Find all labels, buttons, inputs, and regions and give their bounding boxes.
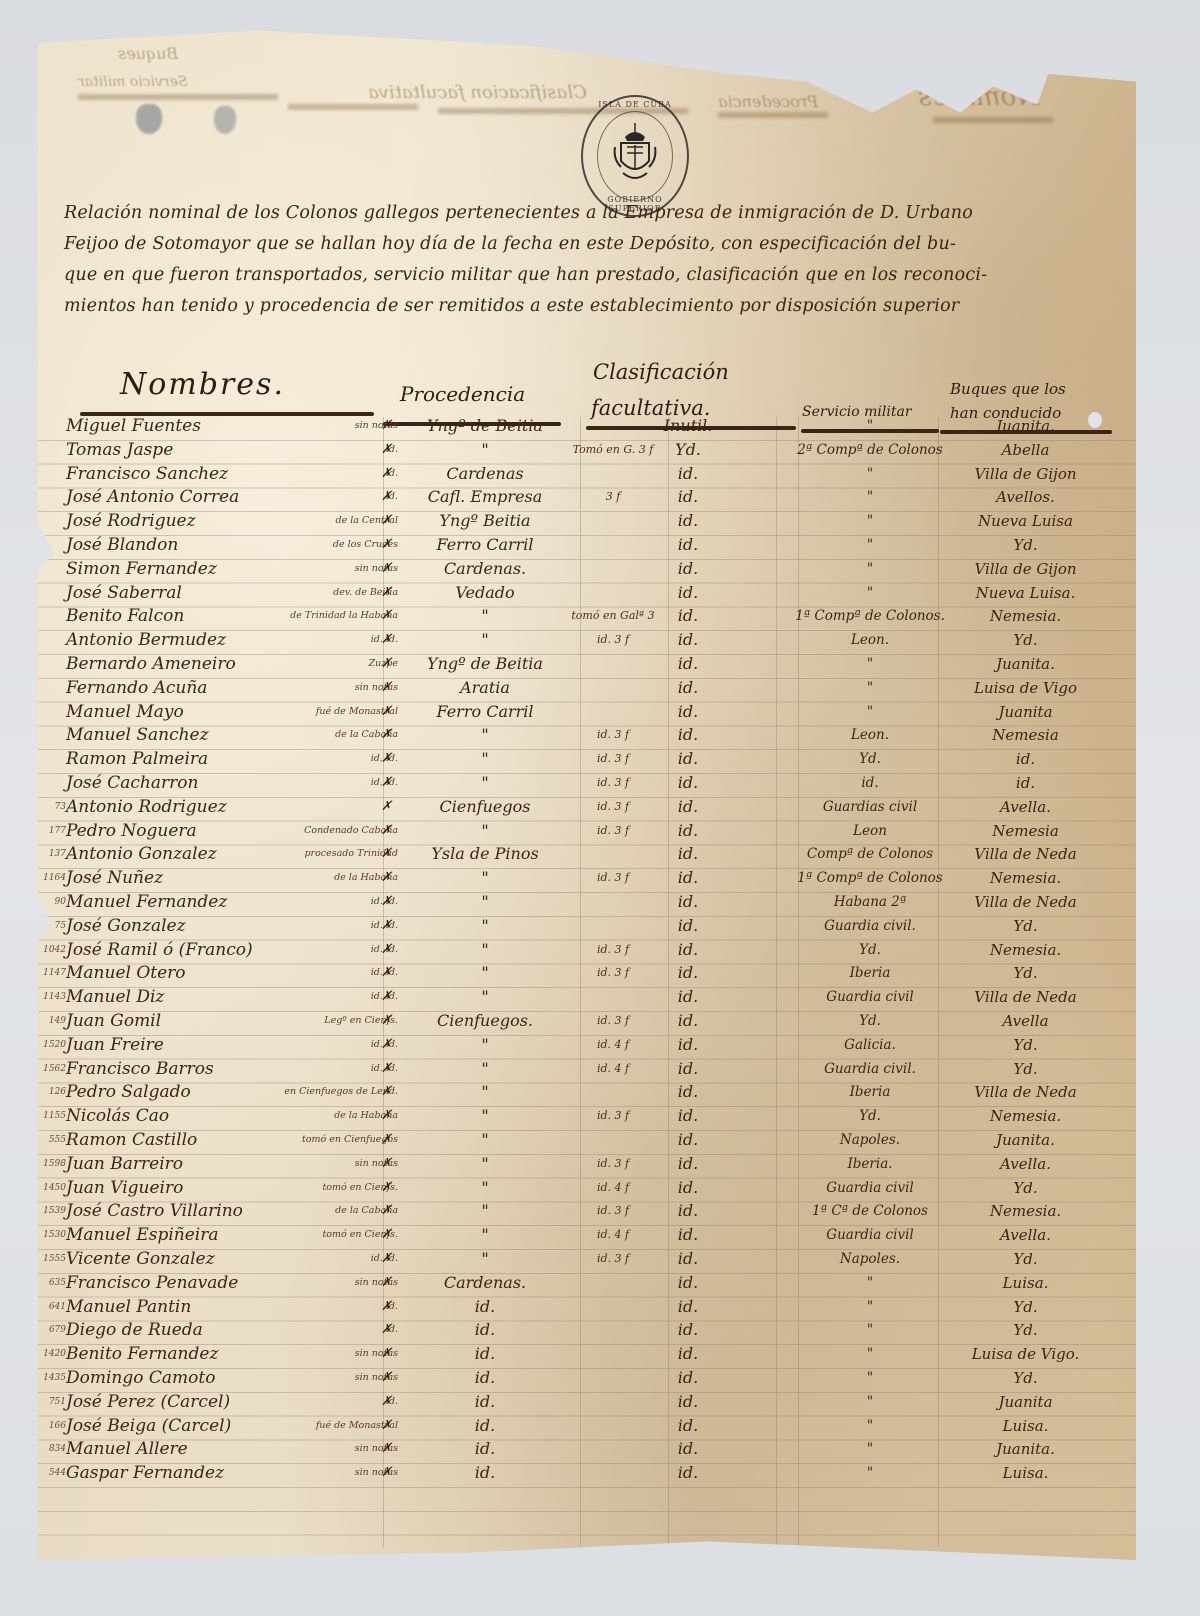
servicio-militar-cell: " <box>790 1461 950 1485</box>
remark-note: id. id. <box>248 628 398 652</box>
clasificacion-cell: id. <box>648 1152 728 1176</box>
remark-note: sin notas <box>248 1366 398 1390</box>
cross-mark-icon: ✗ <box>381 581 392 605</box>
colono-name: Manuel Espiñeira <box>66 1223 219 1247</box>
bleed-through-text: Clasificacion facultativa <box>368 82 587 103</box>
clasificacion-cell: id. <box>648 509 728 533</box>
table-row: 149Juan GomilLegº en Cienfs.Cienfuegos.i… <box>38 1009 1136 1033</box>
remark-note: procesado Trinidad <box>248 842 398 866</box>
clasificacion-cell: id. <box>648 1104 728 1128</box>
table-row: 1562Francisco Barrosid. id."id. 4 fid.Gu… <box>38 1057 1136 1081</box>
cross-mark-icon: ✗ <box>381 1342 392 1366</box>
servicio-militar-cell: Yd. <box>790 747 950 771</box>
servicio-militar-cell: Galicia. <box>790 1033 950 1057</box>
procedencia-cell: Aratia <box>390 676 580 700</box>
table-row: Antonio Bermudezid. id."id. 3 fid.Leon.Y… <box>38 628 1136 652</box>
clasificacion-cell: id. <box>648 1176 728 1200</box>
colono-name: Diego de Rueda <box>66 1318 203 1342</box>
procedencia-cell: " <box>390 914 580 938</box>
servicio-militar-cell: " <box>790 533 950 557</box>
margin-number: 126 <box>38 1080 66 1104</box>
colono-name: Antonio Bermudez <box>66 628 226 652</box>
margin-number: 1555 <box>38 1247 66 1271</box>
clasificacion-cell: id. <box>648 1461 728 1485</box>
margin-number: 1042 <box>38 938 66 962</box>
cross-mark-icon: ✗ <box>381 485 392 509</box>
table-row: 1450Juan Vigueirotomó en Cienfs."id. 4 f… <box>38 1176 1136 1200</box>
table-row: 1155Nicolás Caode la Habana"id. 3 fid.Yd… <box>38 1104 1136 1128</box>
table-row: 1147Manuel Oteroid. id."id. 3 fid.Iberia… <box>38 961 1136 985</box>
buque-cell: Yd. <box>938 1057 1113 1081</box>
servicio-militar-cell: " <box>790 462 950 486</box>
buque-cell: Villa de Neda <box>938 890 1113 914</box>
clasificacion-cell: id. <box>648 1128 728 1152</box>
cross-mark-icon: ✗ <box>381 961 392 985</box>
colono-name: José Ramil ó (Franco) <box>66 938 253 962</box>
buque-cell: Villa de Neda <box>938 1080 1113 1104</box>
buque-cell: Villa de Neda <box>938 842 1113 866</box>
procedencia-cell: Cardenas <box>390 462 580 486</box>
clasificacion-cell: id. <box>648 1414 728 1438</box>
table-row: 1555Vicente Gonzalezid. id."id. 3 fid.Na… <box>38 1247 1136 1271</box>
servicio-militar-cell: 1ª Cª de Colonos <box>790 1199 950 1223</box>
cross-mark-icon: ✗ <box>381 938 392 962</box>
procedencia-cell: id. <box>390 1342 580 1366</box>
servicio-militar-cell: 2ª Compª de Colonos <box>790 438 950 462</box>
margin-number: 1143 <box>38 985 66 1009</box>
colono-name: Vicente Gonzalez <box>66 1247 215 1271</box>
remark-note: en Cienfuegos de Lend. <box>248 1080 398 1104</box>
cross-mark-icon: ✗ <box>381 1390 392 1414</box>
buque-cell: Avellos. <box>938 485 1113 509</box>
servicio-militar-cell: Yd. <box>790 1104 950 1128</box>
cross-mark-icon: ✗ <box>381 747 392 771</box>
cross-mark-icon: ✗ <box>381 1104 392 1128</box>
remark-note: de la Cabaña <box>248 1199 398 1223</box>
buque-cell: Juanita. <box>938 1128 1113 1152</box>
procedencia-cell: Ferro Carril <box>390 533 580 557</box>
procedencia-cell: Cardenas. <box>390 1271 580 1295</box>
bleed-through-text: Nombres <box>918 82 1039 112</box>
cross-mark-icon: ✗ <box>381 1152 392 1176</box>
procedencia-cell: id. <box>390 1366 580 1390</box>
servicio-militar-cell: Iberia <box>790 961 950 985</box>
margin-number: 166 <box>38 1414 66 1438</box>
header-nombres: Nombres. <box>120 367 285 402</box>
cross-mark-icon: ✗ <box>381 604 392 628</box>
table-row: 1143Manuel Dizid. id."id.Guardia civilVi… <box>38 985 1136 1009</box>
table-row: 166José Beiga (Carcel)fué de Monastralid… <box>38 1414 1136 1438</box>
margin-number: 1598 <box>38 1152 66 1176</box>
table-row: José Antonio Correaid.Cafl. Empresa3 fid… <box>38 485 1136 509</box>
margin-number: 1539 <box>38 1199 66 1223</box>
stamp-top-text: ISLA DE CUBA <box>583 100 687 109</box>
remark-note: id. <box>248 485 398 509</box>
servicio-militar-cell: " <box>790 1342 950 1366</box>
margin-number: 1420 <box>38 1342 66 1366</box>
coat-of-arms-icon <box>613 123 657 185</box>
buque-cell: Luisa. <box>938 1414 1113 1438</box>
table-row: Miguel Fuentessin notasYngº de BeitiaInu… <box>38 414 1136 438</box>
servicio-militar-cell: id. <box>790 771 950 795</box>
buque-cell: Villa de Gijon <box>938 557 1113 581</box>
buque-cell: Avella. <box>938 1223 1113 1247</box>
remark-note: id. id. <box>248 961 398 985</box>
cross-mark-icon: ✗ <box>381 1009 392 1033</box>
cross-mark-icon: ✗ <box>381 1295 392 1319</box>
remark-note: de la Central <box>248 509 398 533</box>
cross-mark-icon: ✗ <box>381 842 392 866</box>
servicio-militar-cell: Guardia civil <box>790 1223 950 1247</box>
table-row: 679Diego de Ruedaid.id.id."Yd.✗ <box>38 1318 1136 1342</box>
bleed-through-bar <box>933 117 1053 123</box>
clasificacion-cell: id. <box>648 462 728 486</box>
margin-number: 679 <box>38 1318 66 1342</box>
table-row: 75José Gonzalezid. id."id.Guardia civil.… <box>38 914 1136 938</box>
remark-note: de la Habana <box>248 1104 398 1128</box>
procedencia-cell: id. <box>390 1437 580 1461</box>
servicio-militar-cell: Guardia civil. <box>790 1057 950 1081</box>
servicio-militar-cell: " <box>790 1295 950 1319</box>
clasificacion-cell: id. <box>648 866 728 890</box>
clasificacion-cell: id. <box>648 557 728 581</box>
remark-note: de Trinidad la Habana <box>248 604 398 628</box>
table-row: Benito Falconde Trinidad la Habana"tomó … <box>38 604 1136 628</box>
colono-name: José Saberral <box>66 581 182 605</box>
clasificacion-cell: id. <box>648 961 728 985</box>
buque-cell: id. <box>938 747 1113 771</box>
servicio-militar-cell: Iberia. <box>790 1152 950 1176</box>
table-row: 1435Domingo Camotosin notasid.id."Yd.✗ <box>38 1366 1136 1390</box>
procedencia-cell: " <box>390 985 580 1009</box>
buque-cell: Juanita <box>938 700 1113 724</box>
colono-name: Ramon Palmeira <box>66 747 208 771</box>
colono-name: Juan Vigueiro <box>66 1176 183 1200</box>
servicio-militar-cell: Guardia civil. <box>790 914 950 938</box>
procedencia-cell: Yngº de Beitia <box>390 652 580 676</box>
buque-cell: Nemesia. <box>938 938 1113 962</box>
clasificacion-cell: Inutil. <box>648 414 728 438</box>
header-clasificacion: Clasificación <box>593 360 729 384</box>
table-row: 1520Juan Freireid. id."id. 4 fid.Galicia… <box>38 1033 1136 1057</box>
remark-note: fué de Monastral <box>248 1414 398 1438</box>
header-buques-1: Buques que los <box>950 380 1066 398</box>
table-row: Manuel Mayofué de MonastralFerro Carrili… <box>38 700 1136 724</box>
table-row: José Saberraldev. de BeitiaVedadoid."Nue… <box>38 581 1136 605</box>
servicio-militar-cell: " <box>790 414 950 438</box>
buque-cell: Yd. <box>938 1366 1113 1390</box>
servicio-militar-cell: 1ª Compª de Colonos <box>790 866 950 890</box>
procedencia-cell: Vedado <box>390 581 580 605</box>
table-row: Bernardo AmeneiroZuzpeYngº de Beitiaid."… <box>38 652 1136 676</box>
colono-name: Antonio Rodriguez <box>66 795 227 819</box>
table-row: 1164José Nuñezde la Habana"id. 3 fid.1ª … <box>38 866 1136 890</box>
clasificacion-cell: id. <box>648 1271 728 1295</box>
remark-note: dev. de Beitia <box>248 581 398 605</box>
servicio-militar-cell: Guardias civil <box>790 795 950 819</box>
buque-cell: Yd. <box>938 914 1113 938</box>
remark-note: id. id. <box>248 985 398 1009</box>
procedencia-cell: id. <box>390 1414 580 1438</box>
buque-cell: Nemesia. <box>938 604 1113 628</box>
margin-number: 751 <box>38 1390 66 1414</box>
cross-mark-icon: ✗ <box>381 795 392 819</box>
cross-mark-icon: ✗ <box>381 1223 392 1247</box>
remark-note: sin notas <box>248 1461 398 1485</box>
margin-number: 544 <box>38 1461 66 1485</box>
clasificacion-cell: id. <box>648 700 728 724</box>
remark-note: sin notas <box>248 1152 398 1176</box>
table-row: Francisco Sanchezid.Cardenasid."Villa de… <box>38 462 1136 486</box>
colono-name: Domingo Camoto <box>66 1366 215 1390</box>
cross-mark-icon: ✗ <box>381 723 392 747</box>
colono-name: José Gonzalez <box>66 914 186 938</box>
table-row: José Blandonde los CrucesFerro Carrilid.… <box>38 533 1136 557</box>
colono-name: José Nuñez <box>66 866 163 890</box>
table-row: 635Francisco Penavadesin notasCardenas.i… <box>38 1271 1136 1295</box>
colono-name: Benito Fernandez <box>66 1342 218 1366</box>
servicio-militar-cell: Guardia civil <box>790 1176 950 1200</box>
remark-note: Condenado Cabaña <box>248 819 398 843</box>
cross-mark-icon: ✗ <box>381 1461 392 1485</box>
colono-name: José Cacharron <box>66 771 198 795</box>
remark-note: sin notas <box>248 1437 398 1461</box>
clasificacion-cell: id. <box>648 485 728 509</box>
clasificacion-cell: Yd. <box>648 438 728 462</box>
cross-mark-icon: ✗ <box>381 462 392 486</box>
colono-name: José Blandon <box>66 533 178 557</box>
remark-note: tomó en Cienfuegos <box>248 1128 398 1152</box>
procedencia-cell: id. <box>390 1461 580 1485</box>
procedencia-cell: Cardenas. <box>390 557 580 581</box>
clasificacion-cell: id. <box>648 771 728 795</box>
margin-number: 1155 <box>38 1104 66 1128</box>
clasificacion-cell: id. <box>648 1009 728 1033</box>
buque-cell: id. <box>938 771 1113 795</box>
remark-note: id. id. <box>248 1057 398 1081</box>
servicio-militar-cell: " <box>790 1318 950 1342</box>
buque-cell: Yd. <box>938 1247 1113 1271</box>
margin-number: 1520 <box>38 1033 66 1057</box>
colono-name: Gaspar Fernandez <box>66 1461 224 1485</box>
remark-note: tomó en Cienfs. <box>248 1176 398 1200</box>
document-page: Nombres Buques Servicio militar Proceden… <box>38 12 1136 1560</box>
colono-name: Francisco Penavade <box>66 1271 238 1295</box>
colono-name: Miguel Fuentes <box>66 414 201 438</box>
remark-note: fué de Monastral <box>248 700 398 724</box>
colono-name: Juan Freire <box>66 1033 164 1057</box>
clasificacion-cell: id. <box>648 985 728 1009</box>
margin-number: 137 <box>38 842 66 866</box>
remark-note: de los Cruces <box>248 533 398 557</box>
remark-note: id. id. <box>248 747 398 771</box>
margin-number: 73 <box>38 795 66 819</box>
servicio-militar-cell: Leon. <box>790 723 950 747</box>
procedencia-cell: " <box>390 1080 580 1104</box>
intro-line: mientos han tenido y procedencia de ser … <box>64 291 1124 322</box>
table-row: 751José Perez (Carcel)id.id.id."Juanita✗ <box>38 1390 1136 1414</box>
servicio-militar-cell: 1ª Compª de Colonos. <box>790 604 950 628</box>
table-row: 1539José Castro Villarinode la Cabaña"id… <box>38 1199 1136 1223</box>
cross-mark-icon: ✗ <box>381 914 392 938</box>
servicio-militar-cell: " <box>790 509 950 533</box>
intro-line: que en que fueron transportados, servici… <box>64 260 1124 291</box>
table-row: 834Manuel Alleresin notasid.id."Juanita.… <box>38 1437 1136 1461</box>
bleed-through-bar <box>78 94 278 100</box>
remark-note: id. id. <box>248 1247 398 1271</box>
clasificacion-cell: id. <box>648 723 728 747</box>
buque-cell: Avella. <box>938 795 1113 819</box>
cross-mark-icon: ✗ <box>381 1437 392 1461</box>
remark-note: id. <box>248 462 398 486</box>
clasificacion-cell: id. <box>648 1247 728 1271</box>
buque-cell: Nemesia. <box>938 1104 1113 1128</box>
cross-mark-icon: ✗ <box>381 1128 392 1152</box>
buque-cell: Nemesia <box>938 723 1113 747</box>
buque-cell: Nemesia <box>938 819 1113 843</box>
clasificacion-cell: id. <box>648 1295 728 1319</box>
colono-name: Juan Gomil <box>66 1009 161 1033</box>
bleed-through-bar <box>288 104 418 110</box>
margin-number: 1530 <box>38 1223 66 1247</box>
cross-mark-icon: ✗ <box>381 438 392 462</box>
colono-name: José Rodriguez <box>66 509 196 533</box>
servicio-militar-cell: Napoles. <box>790 1128 950 1152</box>
servicio-militar-cell: Compª de Colonos <box>790 842 950 866</box>
bleed-through-text: Servicio militar <box>78 74 188 90</box>
table-row: 177Pedro NogueraCondenado Cabaña"id. 3 f… <box>38 819 1136 843</box>
procedencia-cell: Yngº de Beitia <box>390 414 580 438</box>
buque-cell: Avella. <box>938 1152 1113 1176</box>
buque-cell: Yd. <box>938 961 1113 985</box>
procedencia-cell: Ysla de Pinos <box>390 842 580 866</box>
colono-name: Antonio Gonzalez <box>66 842 217 866</box>
colono-name: Tomas Jaspe <box>66 438 173 462</box>
cross-mark-icon: ✗ <box>381 1271 392 1295</box>
table-row: Manuel Sanchezde la Cabaña"id. 3 fid.Leo… <box>38 723 1136 747</box>
table-row: José Rodriguezde la CentralYngº Beitiaid… <box>38 509 1136 533</box>
remark-note: id. <box>248 1318 398 1342</box>
servicio-militar-cell: Leon. <box>790 628 950 652</box>
clasificacion-cell: id. <box>648 1057 728 1081</box>
colono-name: Manuel Sanchez <box>66 723 209 747</box>
cross-mark-icon: ✗ <box>381 557 392 581</box>
buque-cell: Yd. <box>938 1033 1113 1057</box>
servicio-militar-cell: Yd. <box>790 938 950 962</box>
buque-cell: Yd. <box>938 628 1113 652</box>
colono-name: Manuel Otero <box>66 961 186 985</box>
clasificacion-cell: id. <box>648 842 728 866</box>
procedencia-cell: " <box>390 890 580 914</box>
margin-number: 1147 <box>38 961 66 985</box>
margin-number: 75 <box>38 914 66 938</box>
servicio-militar-cell: " <box>790 1366 950 1390</box>
margin-number: 641 <box>38 1295 66 1319</box>
clasificacion-cell: id. <box>648 604 728 628</box>
buque-cell: Nueva Luisa. <box>938 581 1113 605</box>
remark-note: Legº en Cienfs. <box>248 1009 398 1033</box>
clasificacion-cell: id. <box>648 676 728 700</box>
remark-note: de la Habana <box>248 866 398 890</box>
cross-mark-icon: ✗ <box>381 1199 392 1223</box>
remark-note: de la Cabaña <box>248 723 398 747</box>
margin-number: 177 <box>38 819 66 843</box>
buque-cell: Villa de Neda <box>938 985 1113 1009</box>
intro-paragraph: Relación nominal de los Colonos gallegos… <box>64 198 1124 322</box>
clasificacion-cell: id. <box>648 1437 728 1461</box>
margin-number: 1435 <box>38 1366 66 1390</box>
remark-note: tomó en Cienfs. <box>248 1223 398 1247</box>
buque-cell: Luisa. <box>938 1271 1113 1295</box>
colono-name: Pedro Noguera <box>66 819 197 843</box>
table-row: 1598Juan Barreirosin notas"id. 3 fid.Ibe… <box>38 1152 1136 1176</box>
cross-mark-icon: ✗ <box>381 1414 392 1438</box>
cross-mark-icon: ✗ <box>381 628 392 652</box>
clasificacion-cell: id. <box>648 795 728 819</box>
servicio-militar-cell: " <box>790 1437 950 1461</box>
colono-name: Nicolás Cao <box>66 1104 169 1128</box>
cross-mark-icon: ✗ <box>381 771 392 795</box>
clasificacion-cell: id. <box>648 1366 728 1390</box>
clasificacion-cell: id. <box>648 938 728 962</box>
cross-mark-icon: ✗ <box>381 509 392 533</box>
remark-note: sin notas <box>248 1342 398 1366</box>
cross-mark-icon: ✗ <box>381 700 392 724</box>
colono-name: Juan Barreiro <box>66 1152 183 1176</box>
cross-mark-icon: ✗ <box>381 1080 392 1104</box>
colono-name: Manuel Pantin <box>66 1295 191 1319</box>
remark-note: id. id. <box>248 1033 398 1057</box>
buque-cell: Juanita <box>938 1390 1113 1414</box>
table-row: 1042José Ramil ó (Franco)id. id."id. 3 f… <box>38 938 1136 962</box>
servicio-militar-cell: " <box>790 485 950 509</box>
clasificacion-cell: id. <box>648 1080 728 1104</box>
intro-line: Feijoo de Sotomayor que se hallan hoy dí… <box>64 229 1124 260</box>
header-procedencia: Procedencia <box>400 382 525 406</box>
servicio-militar-cell: " <box>790 581 950 605</box>
colono-name: José Castro Villarino <box>66 1199 243 1223</box>
procedencia-cell: id. <box>390 1390 580 1414</box>
table-row: 137Antonio Gonzalezprocesado TrinidadYsl… <box>38 842 1136 866</box>
servicio-militar-cell: " <box>790 1390 950 1414</box>
colono-name: Francisco Barros <box>66 1057 214 1081</box>
clasificacion-cell: id. <box>648 533 728 557</box>
buque-cell: Yd. <box>938 1176 1113 1200</box>
remark-note: sin notas <box>248 414 398 438</box>
clasificacion-cell: id. <box>648 1033 728 1057</box>
table-row: 1530Manuel Espiñeiratomó en Cienfs."id. … <box>38 1223 1136 1247</box>
margin-number: 1164 <box>38 866 66 890</box>
remark-note: sin notas <box>248 557 398 581</box>
margin-number: 90 <box>38 890 66 914</box>
servicio-militar-cell: Guardia civil <box>790 985 950 1009</box>
remark-note: id. <box>248 1295 398 1319</box>
cross-mark-icon: ✗ <box>381 1318 392 1342</box>
remark-note: id. id. <box>248 771 398 795</box>
cross-mark-icon: ✗ <box>381 1057 392 1081</box>
buque-cell: Juanita. <box>938 414 1113 438</box>
buque-cell: Juanita. <box>938 1437 1113 1461</box>
colono-name: Manuel Mayo <box>66 700 184 724</box>
cross-mark-icon: ✗ <box>381 890 392 914</box>
cross-mark-icon: ✗ <box>381 1366 392 1390</box>
clasificacion-cell: id. <box>648 652 728 676</box>
buque-cell: Yd. <box>938 533 1113 557</box>
bleed-through-text: Procedencia <box>718 92 818 111</box>
bleed-through-text: Buques <box>118 44 178 63</box>
clasificacion-cell: id. <box>648 1318 728 1342</box>
servicio-militar-cell: " <box>790 557 950 581</box>
